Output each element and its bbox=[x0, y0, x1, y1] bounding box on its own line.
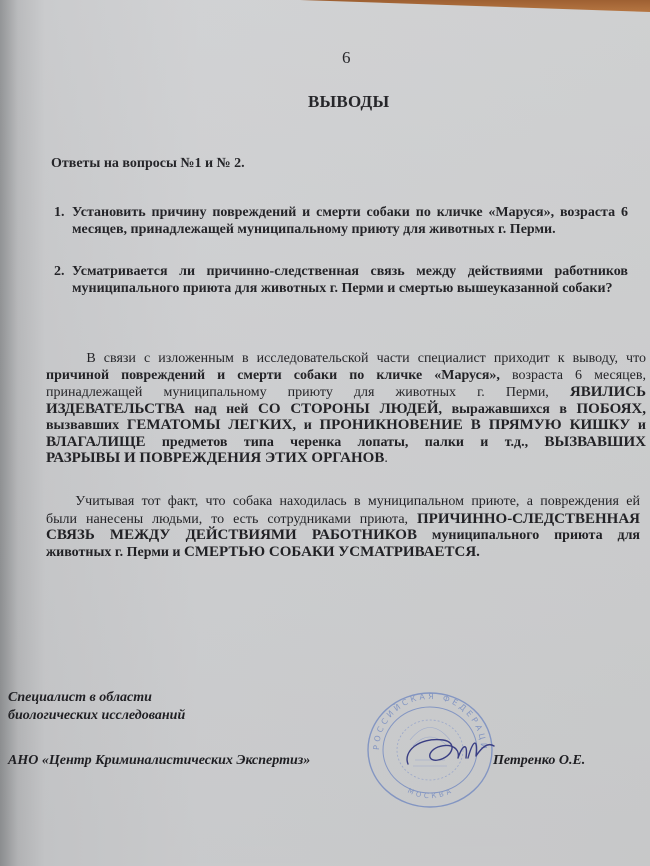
question-text: Установить причину повреждений и смерти … bbox=[72, 204, 628, 238]
text-run: возраста 6 месяцев, bbox=[500, 368, 646, 383]
text-run-bold: причиной повреждений и смерти собаки по … bbox=[46, 368, 500, 383]
paragraph-line: причиной повреждений и смерти собаки по … bbox=[46, 368, 646, 385]
text-run-bold: , и bbox=[292, 418, 319, 433]
text-run-bold: , выражавшихся в bbox=[439, 402, 577, 417]
paragraph-line: СВЯЗЬ МЕЖДУ ДЕЙСТВИЯМИ РАБОТНИКОВ муници… bbox=[46, 527, 640, 544]
text-run-caps: СО СТОРОНЫ ЛЮДЕЙ bbox=[258, 401, 439, 417]
question-number: 2. bbox=[54, 263, 65, 280]
text-run-bold: животных г. Перми и bbox=[46, 545, 184, 560]
document-page: 6 ВЫВОДЫ Ответы на вопросы №1 и № 2. 1. … bbox=[0, 0, 650, 866]
text-run-caps: ПРИЧИННО-СЛЕДСТВЕННАЯ bbox=[417, 511, 640, 527]
text-run-caps: РАЗРЫВЫ И ПОВРЕЖДЕНИЯ ЭТИХ ОРГАНОВ bbox=[46, 450, 384, 466]
text-run-caps: ПОБОЯХ, bbox=[577, 401, 647, 417]
text-run: принадлежащей муниципальному приюту для … bbox=[46, 385, 570, 400]
signer-role-line-2: биологических исследований bbox=[8, 708, 185, 724]
text-run-caps: ПРОНИКНОВЕНИЕ В ПРЯМУЮ КИШКУ bbox=[319, 417, 630, 433]
text-run-caps: СВЯЗЬ МЕЖДУ ДЕЙСТВИЯМИ РАБОТНИКОВ bbox=[46, 527, 417, 543]
paragraph-line: вызвавших ГЕМАТОМЫ ЛЕГКИХ, и ПРОНИКНОВЕН… bbox=[46, 417, 646, 434]
paragraph-line: В связи с изложенным в исследовательской… bbox=[46, 351, 646, 368]
handwritten-signature-icon bbox=[398, 722, 498, 772]
text-run: . bbox=[384, 451, 388, 466]
subheading: Ответы на вопросы №1 и № 2. bbox=[51, 156, 245, 172]
text-run-caps: ГЕМАТОМЫ ЛЕГКИХ bbox=[127, 417, 293, 433]
text-run: В связи с изложенным в исследовательской… bbox=[86, 351, 646, 366]
signer-name: Петренко О.Е. bbox=[493, 753, 585, 769]
question-number: 1. bbox=[54, 204, 65, 221]
text-run-caps: ИЗДЕВАТЕЛЬСТВА bbox=[46, 401, 185, 417]
organization-name: АНО «Центр Криминалистических Экспертиз» bbox=[8, 753, 310, 769]
text-run-bold: муниципального приюта для bbox=[417, 528, 640, 543]
page-number: 6 bbox=[342, 48, 351, 68]
desk-edge bbox=[300, 0, 650, 12]
text-run: Учитывая тот факт, что собака находилась… bbox=[75, 494, 640, 509]
signer-role-line-1: Специалист в области bbox=[8, 690, 152, 706]
text-run-caps: ВЫЗВАВШИХ bbox=[544, 434, 646, 450]
text-run-caps: СМЕРТЬЮ СОБАКИ УСМАТРИВАЕТСЯ. bbox=[184, 544, 480, 560]
paragraph-line: ИЗДЕВАТЕЛЬСТВА над ней СО СТОРОНЫ ЛЮДЕЙ,… bbox=[46, 401, 646, 418]
text-run-bold: и bbox=[630, 418, 646, 433]
page-title: ВЫВОДЫ bbox=[308, 92, 389, 112]
text-run-caps: ВЛАГАЛИЩЕ bbox=[46, 434, 146, 450]
text-run-bold: вызвавших bbox=[46, 418, 127, 433]
paragraph-line: принадлежащей муниципальному приюту для … bbox=[46, 384, 646, 401]
svg-text:МОСКВА: МОСКВА bbox=[406, 786, 455, 800]
text-run: были нанесены людьми, то есть сотрудника… bbox=[46, 512, 417, 527]
paragraph-line: РАЗРЫВЫ И ПОВРЕЖДЕНИЯ ЭТИХ ОРГАНОВ. bbox=[46, 450, 646, 467]
conclusion-paragraph-1: В связи с изложенным в исследовательской… bbox=[46, 351, 646, 467]
paragraph-line: были нанесены людьми, то есть сотрудника… bbox=[46, 511, 640, 528]
conclusion-paragraph-2: Учитывая тот факт, что собака находилась… bbox=[46, 494, 640, 560]
paragraph-line: ВЛАГАЛИЩЕ предметов типа черенка лопаты,… bbox=[46, 434, 646, 451]
paragraph-line: животных г. Перми и СМЕРТЬЮ СОБАКИ УСМАТ… bbox=[46, 544, 640, 561]
text-run-bold: предметов типа черенка лопаты, палки и т… bbox=[146, 435, 545, 450]
text-run-bold: над ней bbox=[185, 402, 258, 417]
paragraph-line: Учитывая тот факт, что собака находилась… bbox=[46, 494, 640, 511]
text-run-caps: ЯВИЛИСЬ bbox=[570, 384, 646, 400]
question-text: Усматривается ли причинно-следственная с… bbox=[72, 263, 628, 297]
